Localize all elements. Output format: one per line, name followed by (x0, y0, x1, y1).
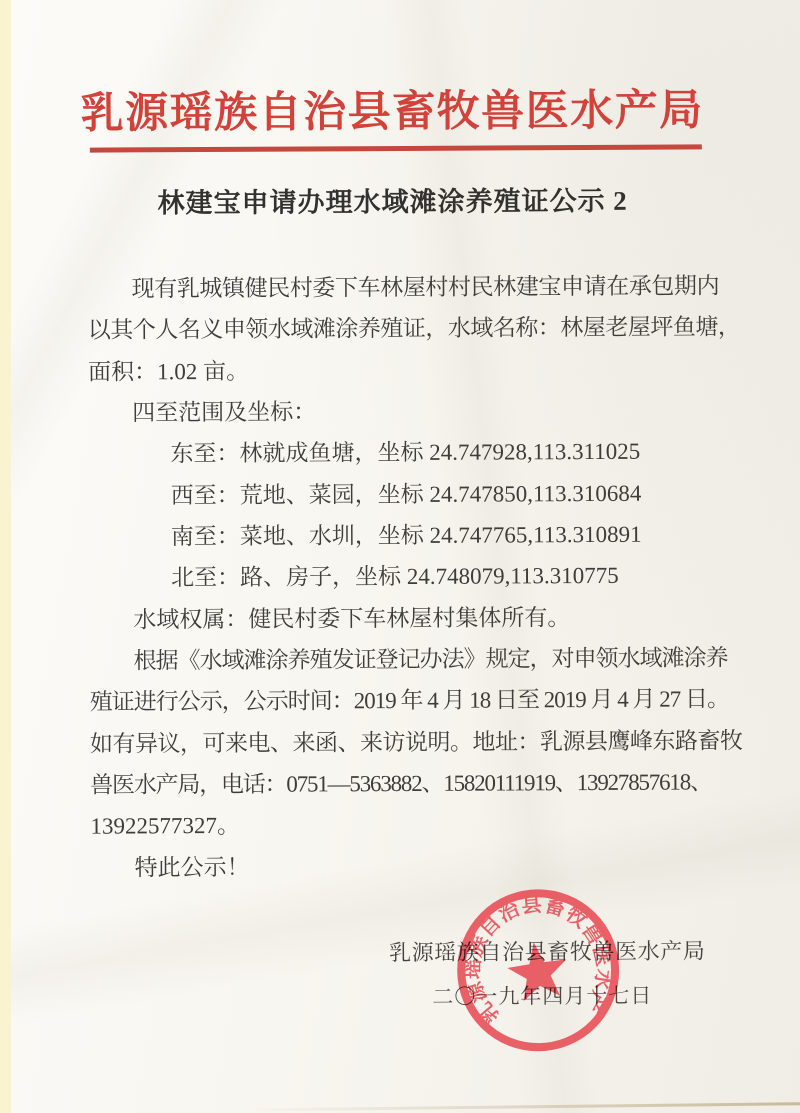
notice-line: 殖证进行公示，公示时间：2019 年 4 月 18 日至 2019 月 4 月 … (90, 679, 732, 724)
notice-line: 西至：荒地、菜园，坐标 24.747850,113.310684 (89, 472, 731, 517)
document-content: 乳源瑶族自治县畜牧兽医水产局 林建宝申请办理水域滩涂养殖证公示 2 现有乳城镇健… (0, 0, 800, 1113)
notice-line: 如有异议，可来电、来函、来访说明。地址：乳源县鹰峰东路畜牧 (90, 720, 732, 765)
notice-line: 现有乳城镇健民村委下车林屋村村民林建宝申请在承包期内 (87, 265, 729, 310)
notice-title: 林建宝申请办理水域滩涂养殖证公示 2 (0, 178, 787, 221)
paper-edge (243, 1102, 800, 1111)
letterhead-rule (90, 144, 702, 152)
letterhead-title: 乳源瑶族自治县畜牧兽医水产局 (0, 76, 787, 141)
notice-line: 面积：1.02 亩。 (88, 348, 730, 393)
official-seal: 乳源瑶族自治县畜牧兽医水产局 (453, 885, 624, 1056)
notice-line: 东至：林就成鱼塘，坐标 24.747928,113.311025 (88, 431, 730, 476)
notice-body: 现有乳城镇健民村委下车林屋村村民林建宝申请在承包期内 以其个人名义申领水域滩涂养… (87, 265, 732, 889)
notice-line: 水域权属：健民村委下车林屋村集体所有。 (89, 596, 731, 641)
notice-line: 特此公示！ (91, 844, 733, 889)
star-icon (504, 938, 571, 1003)
scanned-page: 乳源瑶族自治县畜牧兽医水产局 林建宝申请办理水域滩涂养殖证公示 2 现有乳城镇健… (0, 0, 800, 1113)
notice-line: 北至：路、房子，坐标 24.748079,113.310775 (89, 555, 731, 600)
notice-line: 四至范围及坐标： (88, 389, 730, 434)
notice-line: 根据《水域滩涂养殖发证登记办法》规定，对申领水域滩涂养 (89, 637, 731, 682)
notice-line: 兽医水产局，电话：0751—5363882、15820111919、139278… (90, 761, 732, 806)
notice-line: 13922577327。 (90, 803, 732, 848)
notice-line: 南至：菜地、水圳，坐标 24.747765,113.310891 (89, 513, 731, 558)
notice-line: 以其个人名义申领水域滩涂养殖证，水域名称：林屋老屋坪鱼塘， (88, 307, 730, 352)
